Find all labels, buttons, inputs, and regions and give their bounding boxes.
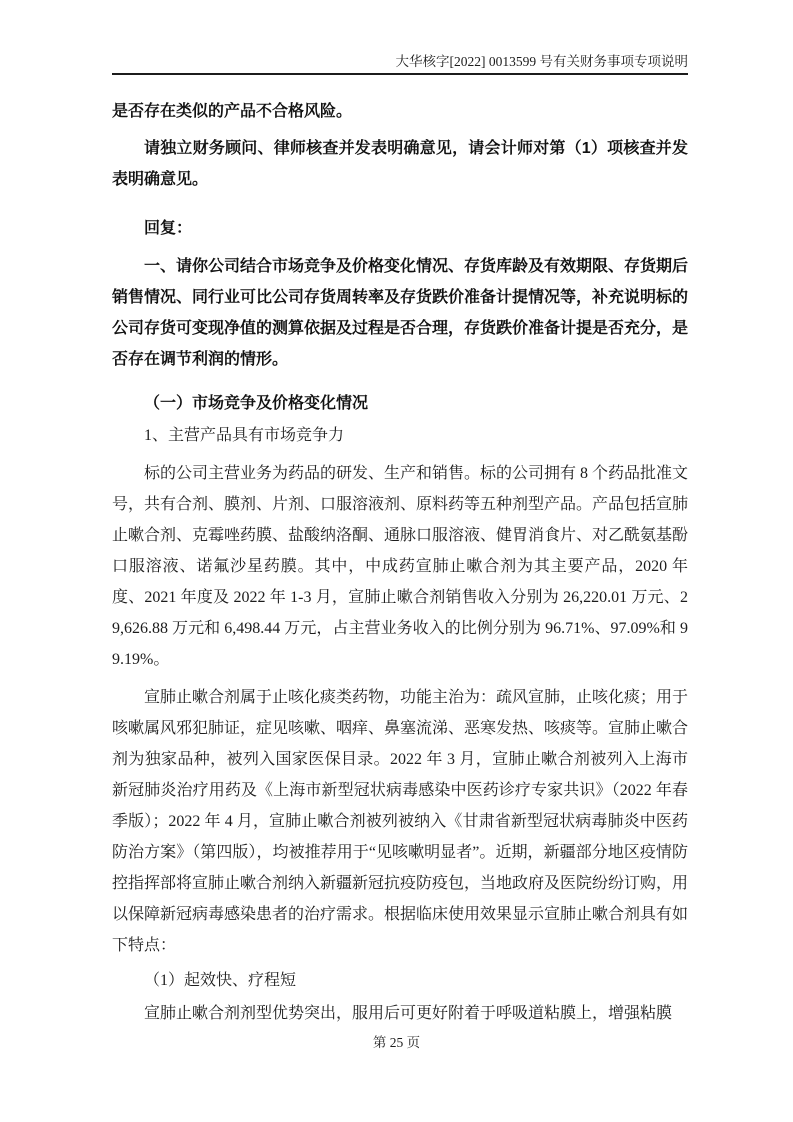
paragraph-dosage-form-advantage: 宣肺止嗽合剂剂型优势突出，服用后可更好附着于呼吸道粘膜上，增强粘膜 xyxy=(112,998,688,1029)
reply-label: 回复： xyxy=(112,213,688,244)
document-body: 是否存在类似的产品不合格风险。 请独立财务顾问、律师核查并发表明确意见，请会计师… xyxy=(112,75,688,1029)
paragraph-main-business: 标的公司主营业务为药品的研发、生产和销售。标的公司拥有 8 个药品批准文号，共有… xyxy=(112,458,688,675)
header-title: 大华核字[2022] 0013599 号有关财务事项专项说明 xyxy=(396,54,689,69)
subsection-heading-main-products: 1、主营产品具有市场竞争力 xyxy=(112,420,688,451)
section-heading-market-competition: （一）市场竞争及价格变化情况 xyxy=(112,388,688,419)
paragraph-inquiry-question: 一、请你公司结合市场竞争及价格变化情况、存货库龄及有效期限、存货期后销售情况、同… xyxy=(112,251,688,375)
document-page: 大华核字[2022] 0013599 号有关财务事项专项说明 是否存在类似的产品… xyxy=(0,0,793,1122)
paragraph-product-description: 宣肺止嗽合剂属于止咳化痰类药物，功能主治为：疏风宣肺，止咳化痰；用于咳嗽属风邪犯… xyxy=(112,682,688,961)
page-footer: 第 25 页 xyxy=(0,1034,793,1051)
paragraph-risk-continuation: 是否存在类似的产品不合格风险。 xyxy=(112,96,688,127)
paragraph-verification-request: 请独立财务顾问、律师核查并发表明确意见，请会计师对第（1）项核查并发表明确意见。 xyxy=(112,133,688,195)
page-number: 第 25 页 xyxy=(373,1035,420,1050)
page-header: 大华核字[2022] 0013599 号有关财务事项专项说明 xyxy=(112,0,688,75)
subsection-heading-quick-effect: （1）起效快、疗程短 xyxy=(112,965,688,996)
